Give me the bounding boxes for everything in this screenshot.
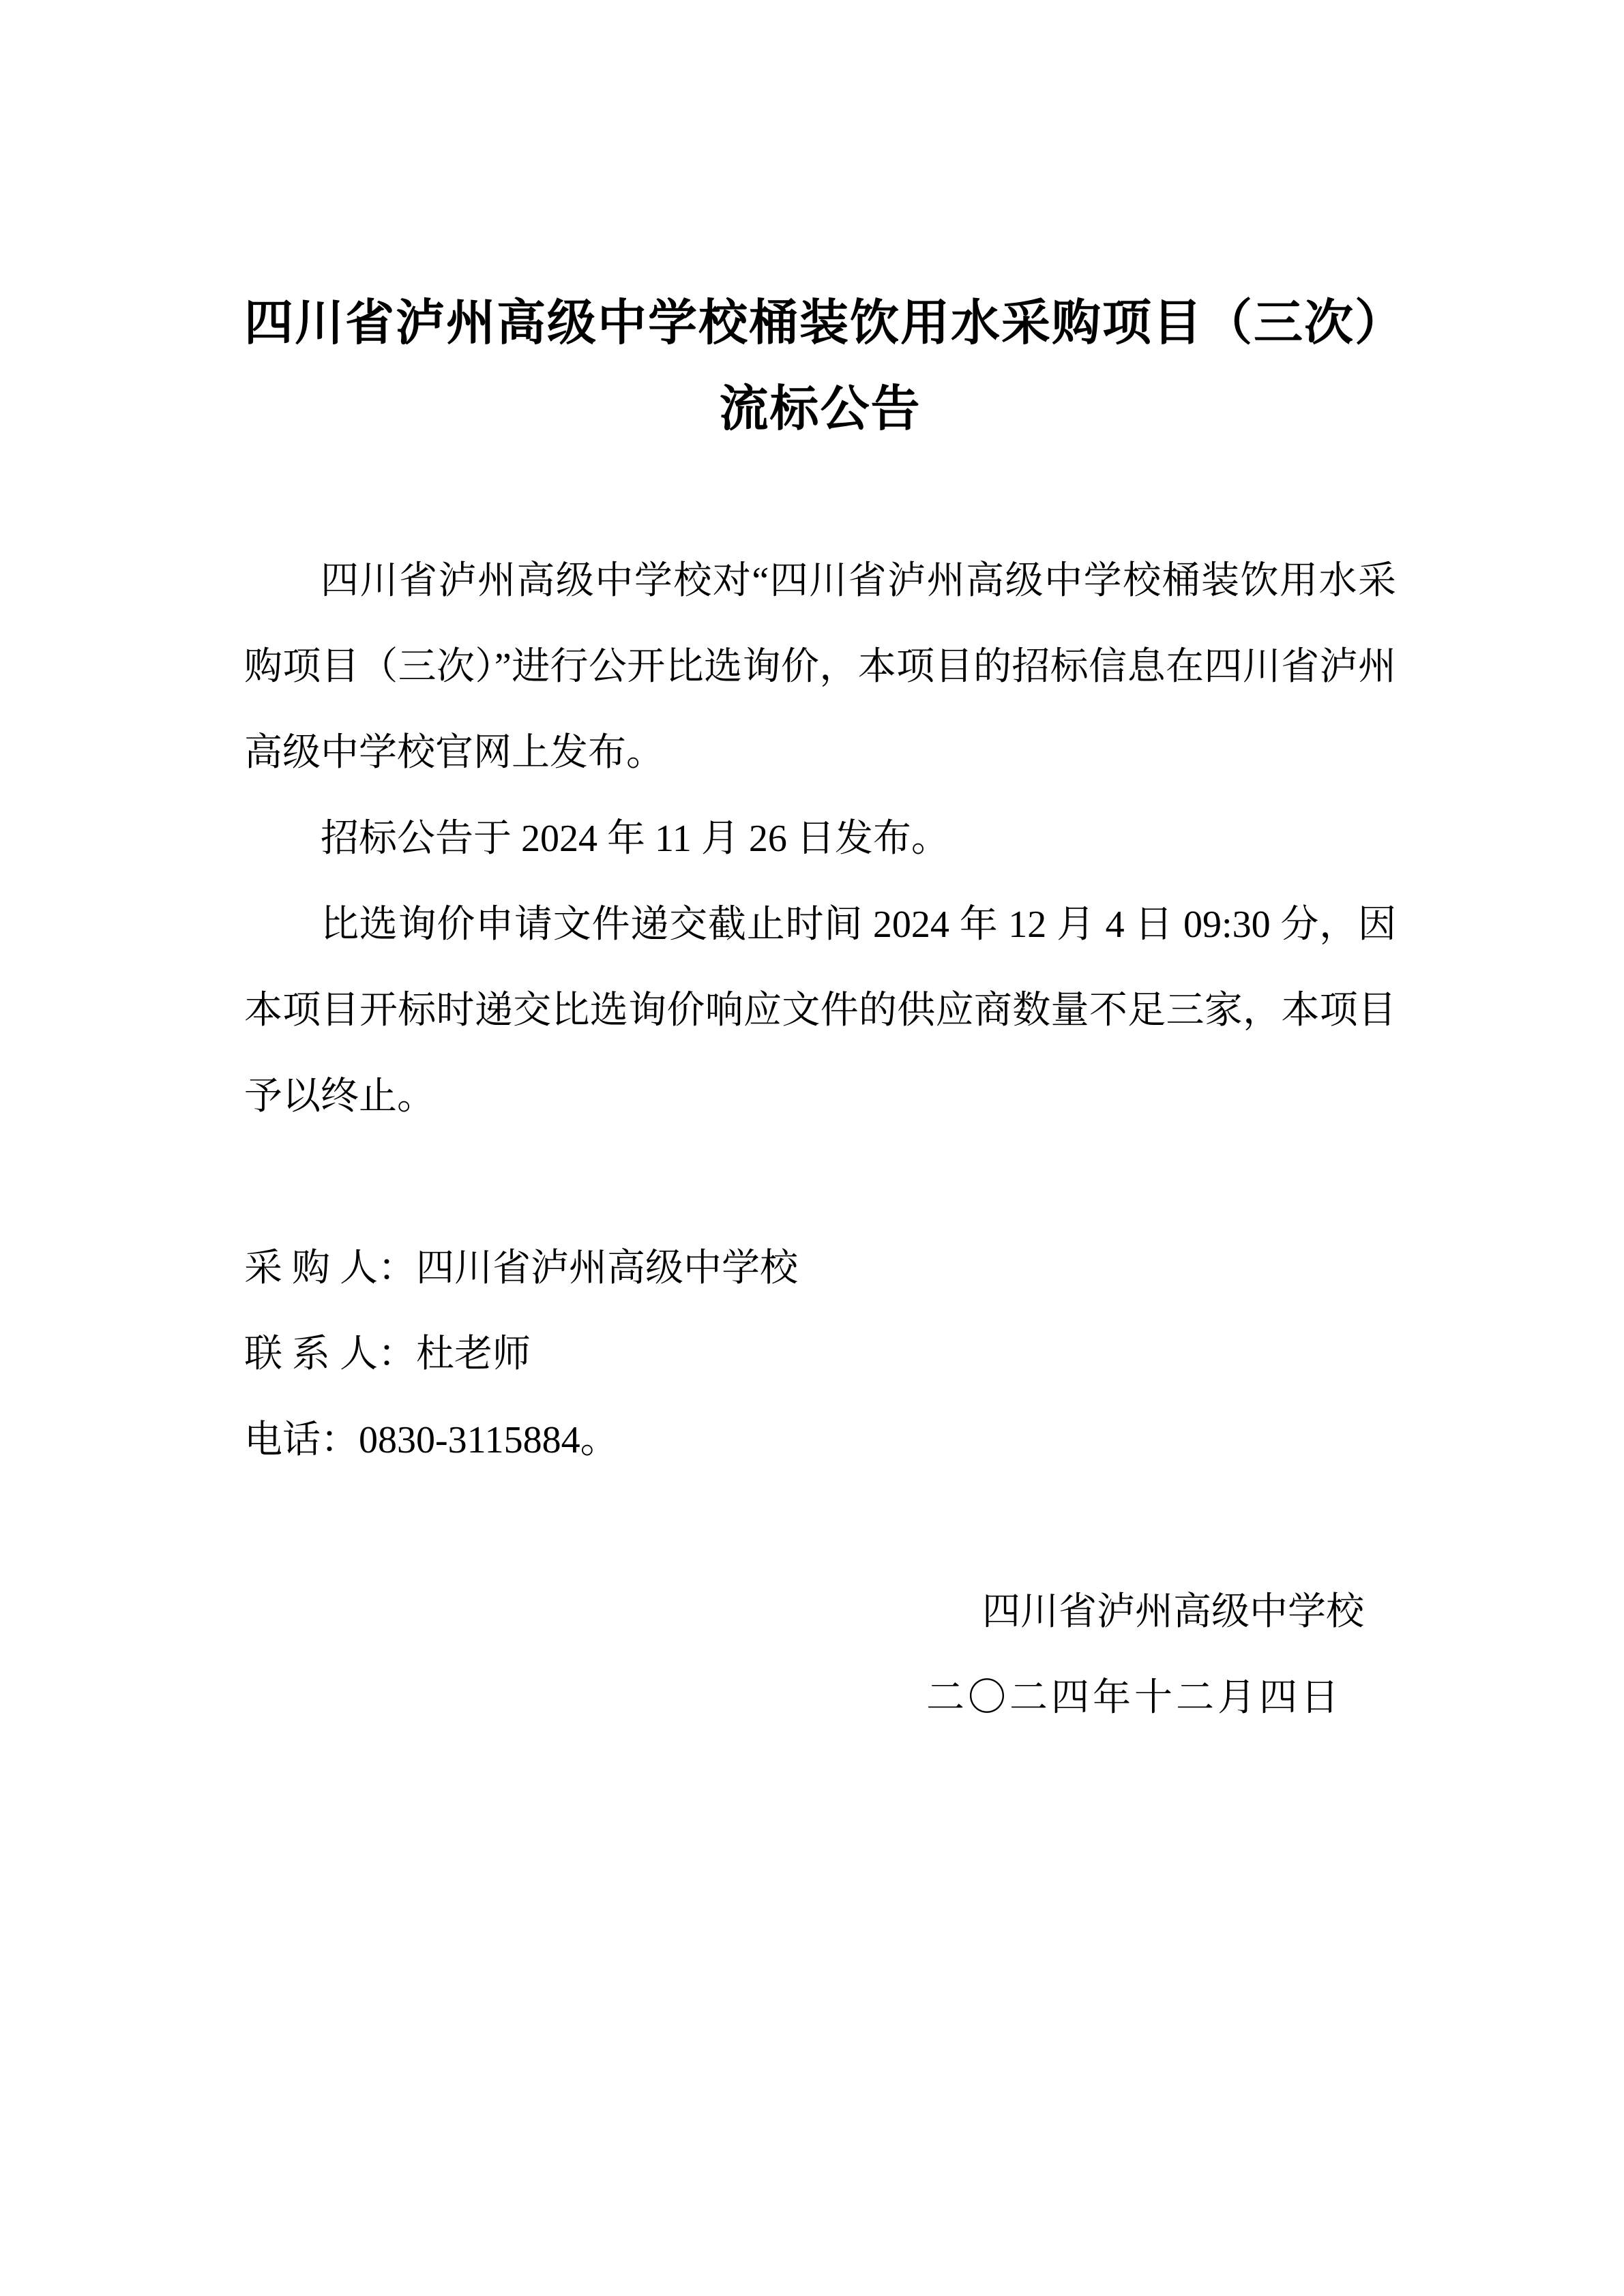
contact-person-line: 联 系 人：杜老师	[244, 1311, 1396, 1397]
document-body: 四川省泸州高级中学校对“四川省泸州高级中学校桶装饮用水采购项目（三次）”进行公开…	[244, 538, 1396, 1139]
signature-organization: 四川省泸州高级中学校	[244, 1569, 1396, 1655]
signature-block: 四川省泸州高级中学校 二〇二四年十二月四日	[244, 1569, 1396, 1741]
document-page: 四川省泸州高级中学校桶装饮用水采购项目（三次） 流标公告 四川省泸州高级中学校对…	[0, 0, 1624, 2296]
contact-phone-line: 电话：0830-3115884。	[244, 1397, 1396, 1483]
contact-block: 采 购 人：四川省泸州高级中学校 联 系 人：杜老师 电话：0830-31158…	[244, 1225, 1396, 1483]
document-title-line2: 流标公告	[244, 366, 1396, 452]
paragraph-termination-reason: 比选询价申请文件递交截止时间 2024 年 12 月 4 日 09:30 分，因…	[244, 882, 1396, 1139]
document-title: 四川省泸州高级中学校桶装饮用水采购项目（三次） 流标公告	[244, 280, 1396, 452]
signature-date: 二〇二四年十二月四日	[244, 1655, 1396, 1741]
paragraph-project-overview: 四川省泸州高级中学校对“四川省泸州高级中学校桶装饮用水采购项目（三次）”进行公开…	[244, 538, 1396, 796]
contact-buyer-line: 采 购 人：四川省泸州高级中学校	[244, 1225, 1396, 1311]
document-title-line1: 四川省泸州高级中学校桶装饮用水采购项目（三次）	[244, 280, 1396, 366]
paragraph-announcement-date: 招标公告于 2024 年 11 月 26 日发布。	[244, 796, 1396, 882]
